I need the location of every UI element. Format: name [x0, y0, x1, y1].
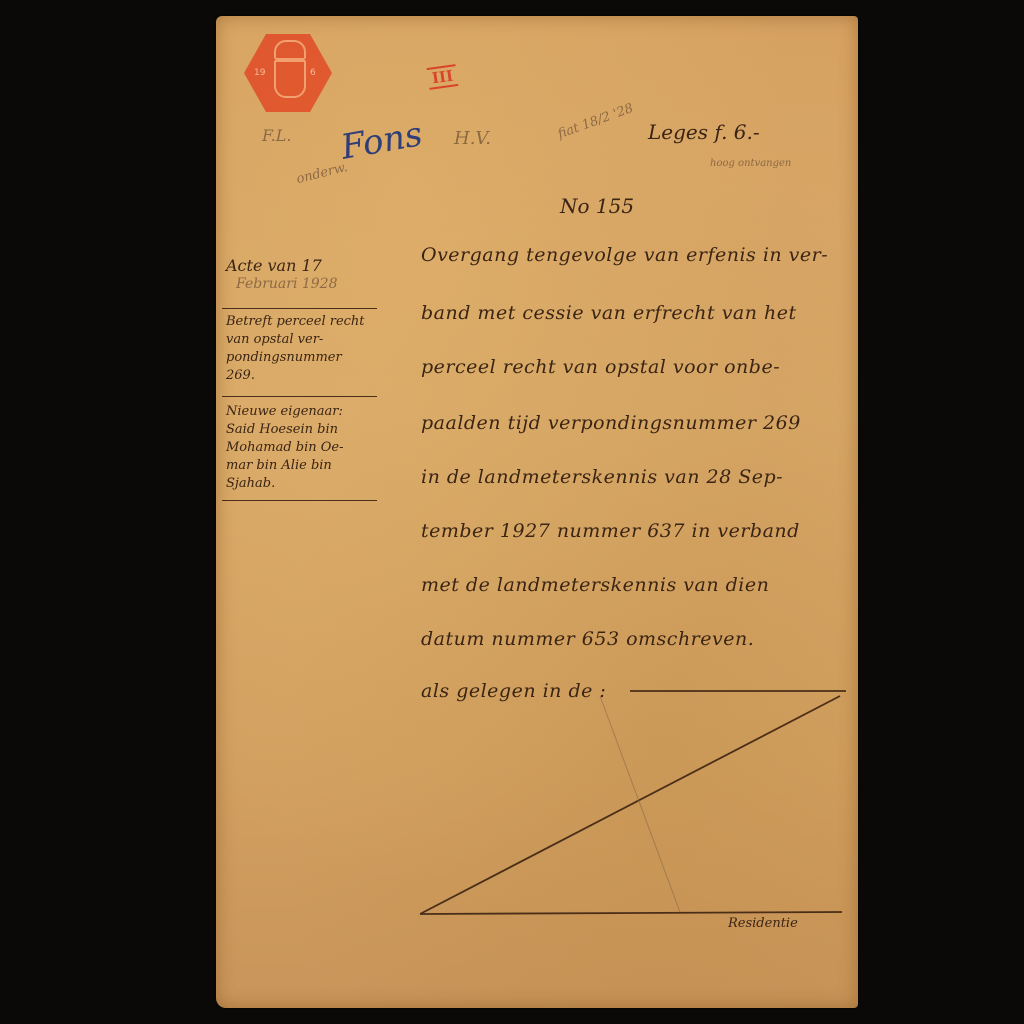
deed-document: 19 6 III F.L. onderw. Fons H.V. fiat 18/…: [216, 16, 858, 1008]
cancellation-lines: [216, 16, 858, 1008]
residentie-label: Residentie: [728, 916, 798, 931]
